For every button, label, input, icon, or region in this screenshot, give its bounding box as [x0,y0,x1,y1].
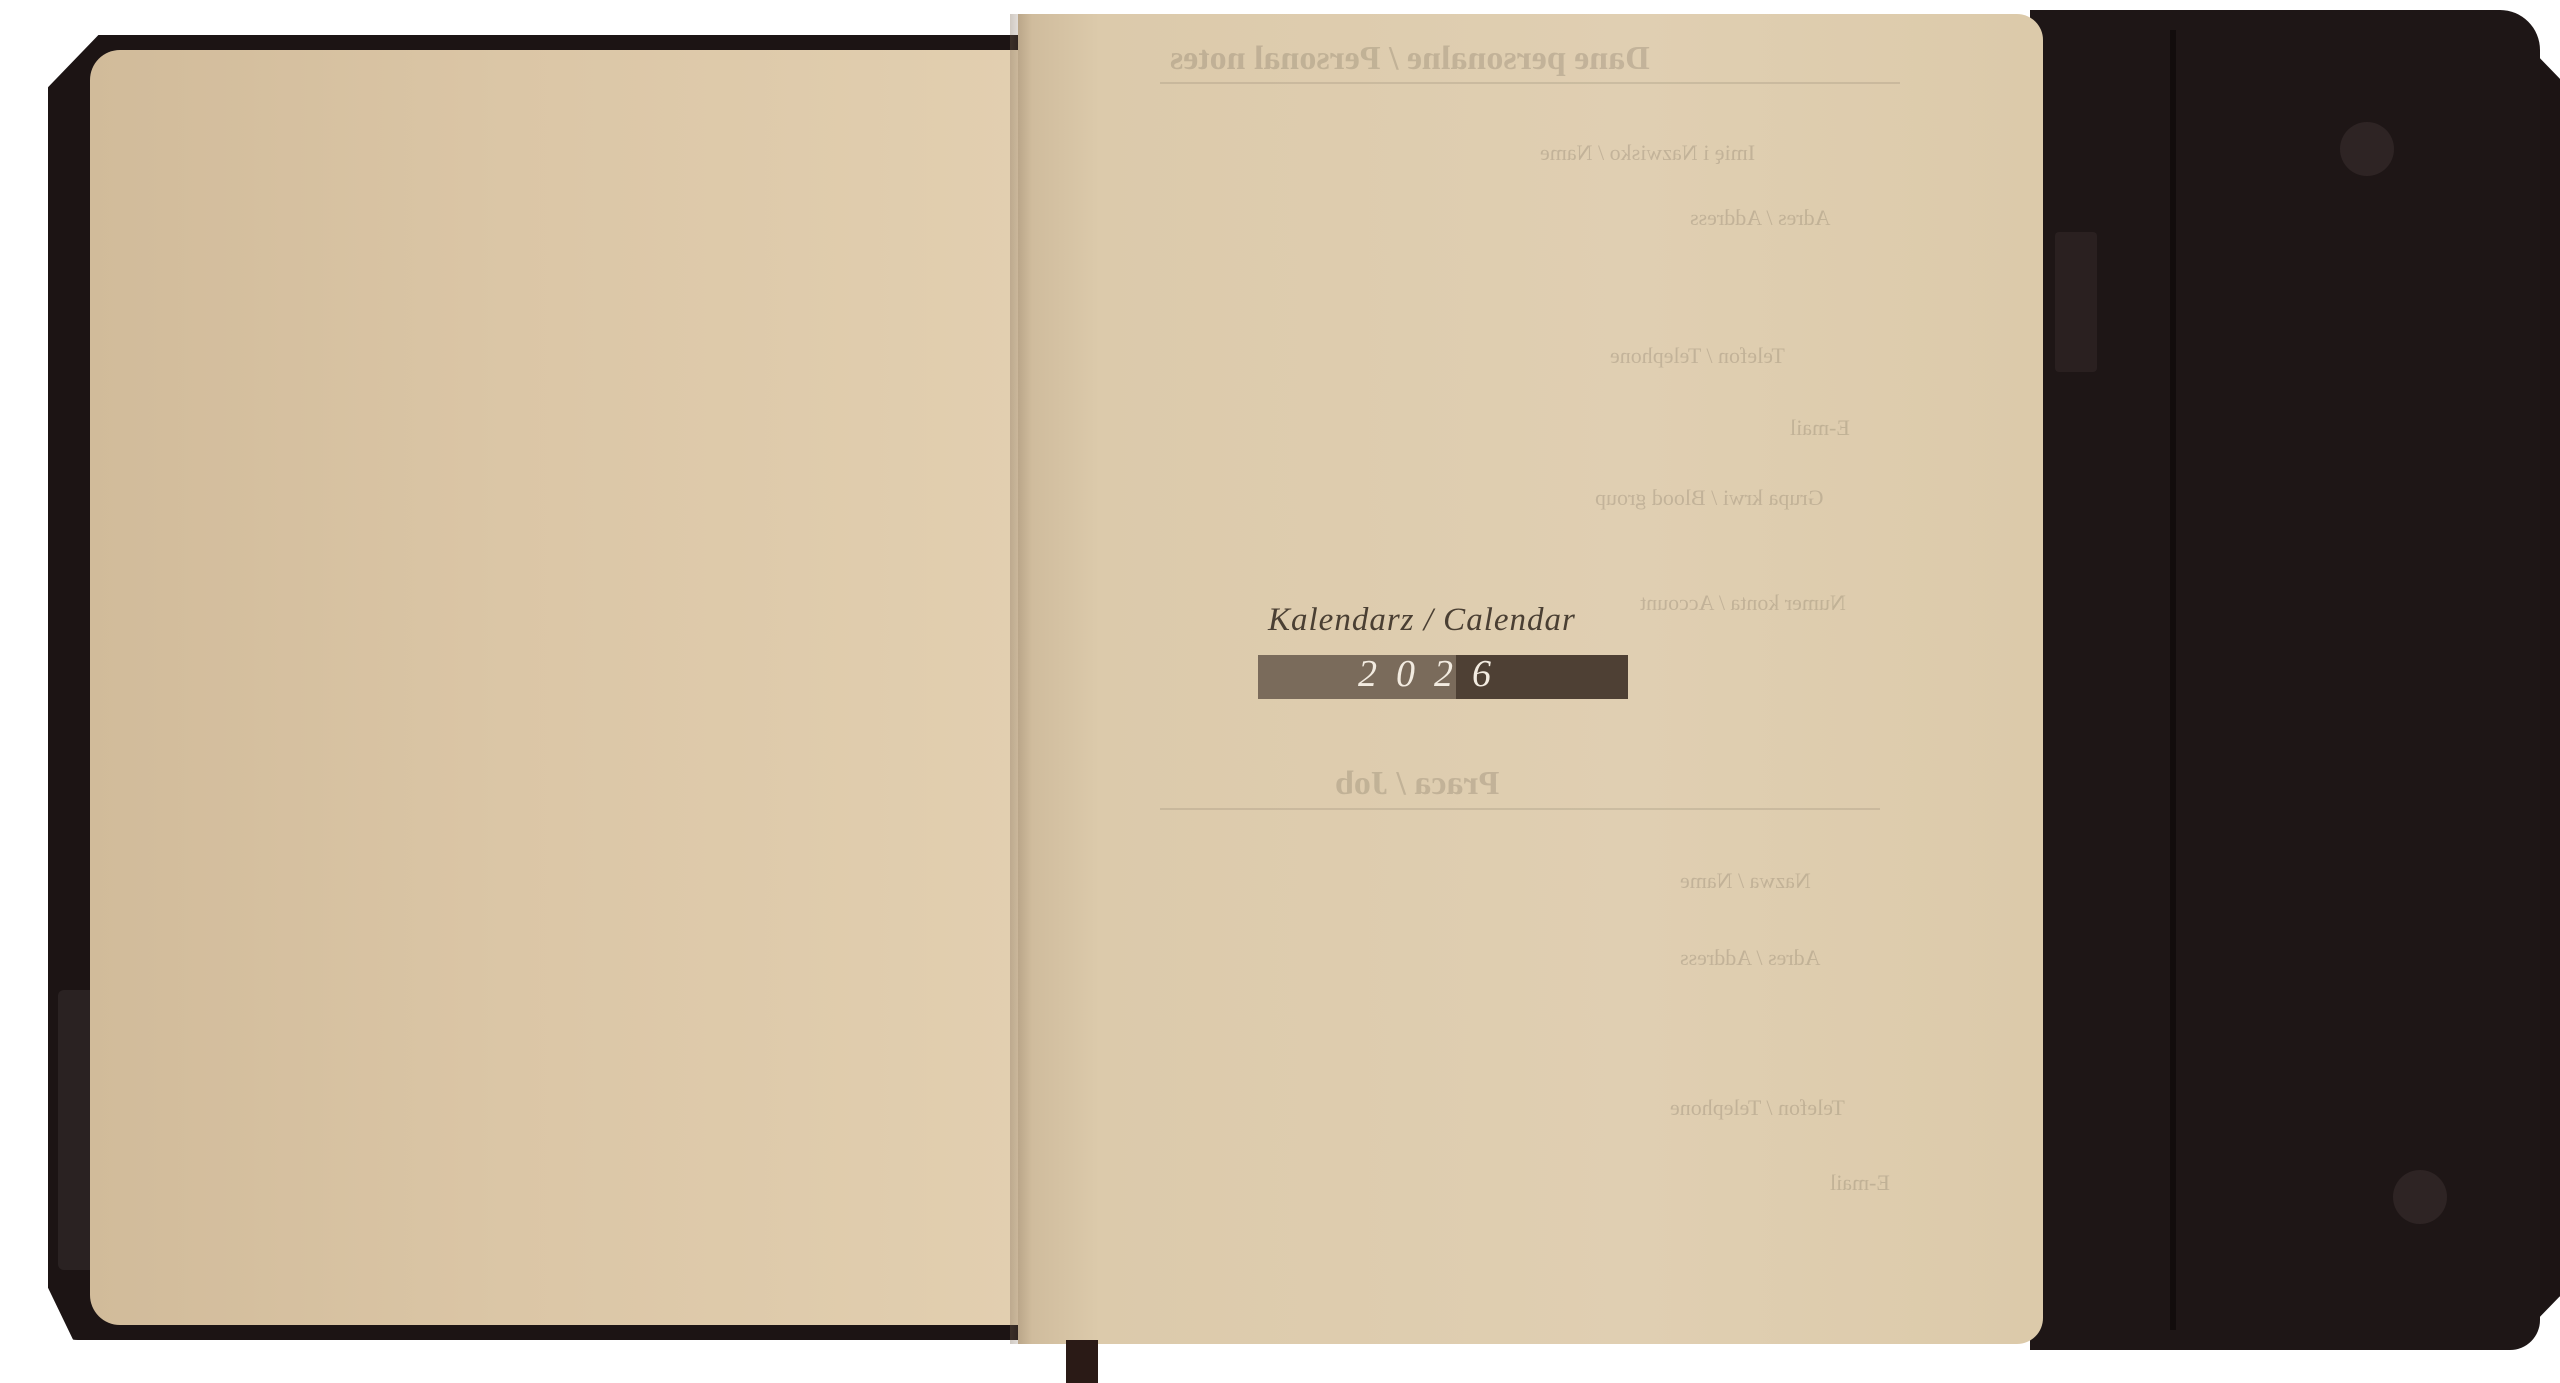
ghost-blood-group: Grupa krwi / Blood group [1595,485,1824,511]
ghost-telephone2: Telefon / Telephone [1670,1095,1845,1121]
spine-shadow [1010,14,1032,1344]
bookmark-ribbon [1066,1340,1098,1383]
ghost-name: Imię i Nazwisko / Name [1540,140,1755,166]
ghost-work: Praca / Job [1335,765,1499,803]
ghost-email2: E-mail [1830,1170,1890,1196]
year-label: 2026 [1358,652,1510,696]
pen-loop-right [2055,232,2097,372]
ghost-address: Adres / Address [1690,205,1831,231]
cover-flap [2030,10,2540,1350]
snap-button-top [2340,122,2394,176]
ghost-heading: Dane personalne / Personal notes [1170,40,1650,78]
ghost-telephone: Telefon / Telephone [1610,343,1785,369]
ghost-name2: Nazwa / Name [1680,868,1811,894]
ghost-rule [1160,82,1900,84]
left-page-blank [90,50,1020,1325]
ghost-rule-2 [1160,808,1880,810]
flap-fold [2170,30,2176,1330]
calendar-title: Kalendarz / Calendar [1268,602,1576,639]
ghost-account: Numer konta / Account [1640,590,1846,616]
ghost-email: E-mail [1790,415,1850,441]
ghost-address2: Adres / Address [1680,945,1821,971]
snap-button-bottom [2393,1170,2447,1224]
